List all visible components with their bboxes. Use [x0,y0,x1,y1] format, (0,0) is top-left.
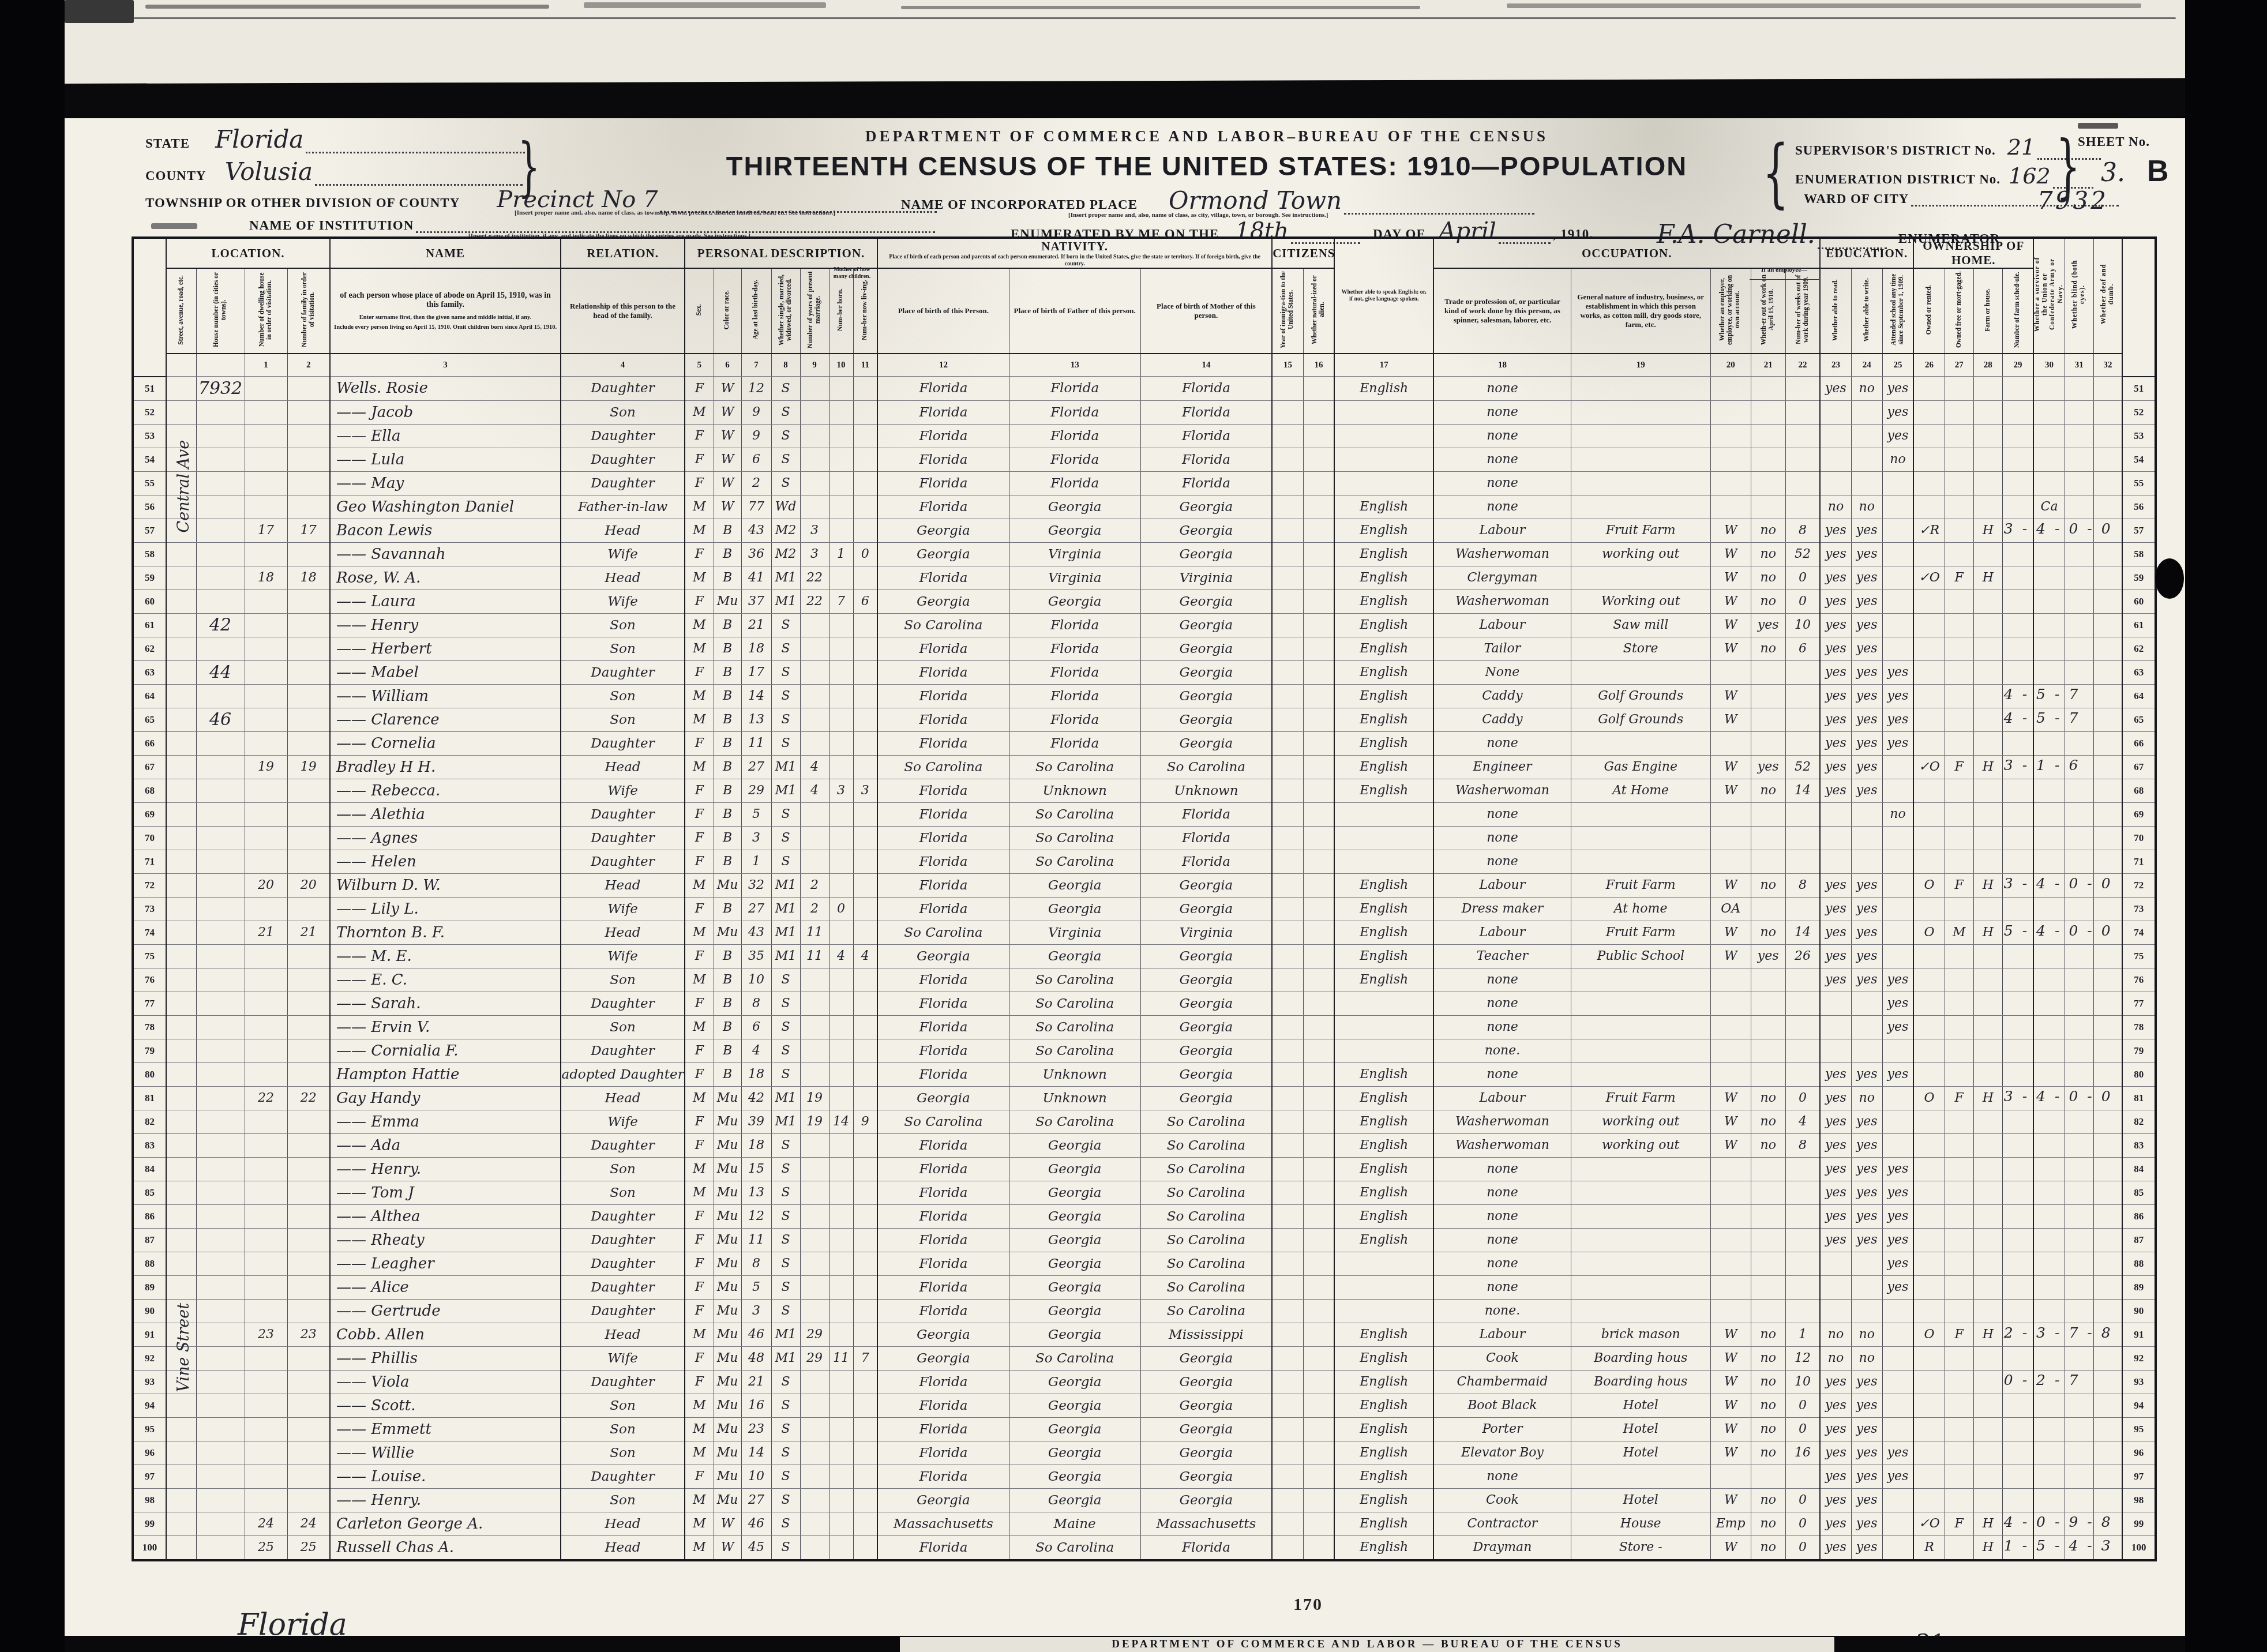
line-number-left: 63 [133,660,166,684]
cell-col: B [714,731,741,755]
cell-scd [2002,1157,2033,1181]
cell-eng: English [1334,684,1433,708]
cell-f [1945,684,1973,708]
cell-col: Mu [714,1086,741,1110]
cell-bl [2065,826,2093,850]
census-row-58: 58—— SavannahWifeFB36M2310GeorgiaVirgini… [133,542,2156,566]
cell-sch: yes [1882,1441,1913,1465]
cell-h: H [1973,1323,2002,1346]
cell-bp: Florida [877,826,1009,850]
cell-wk: 26 [1785,944,1820,968]
cell-house [196,400,245,424]
column-ind-desc: General nature of industry, business, or… [1571,291,1710,331]
cell-name: —— Sarah. [330,992,561,1015]
cell-sch [1882,826,1913,850]
cell-nat [1303,1535,1334,1560]
line-number-right: 58 [2122,542,2156,566]
cell-street [166,1228,196,1252]
column-mbp-desc: Place of birth of Mother of this person. [1141,301,1272,321]
cell-fbp: Florida [1009,708,1140,731]
cell-emp [1710,1275,1751,1299]
cell-df [2093,1299,2122,1323]
cell-col: Mu [714,1394,741,1417]
cell-vet [2033,637,2065,660]
cell-o [1913,1110,1945,1133]
cell-fam: 23 [287,1323,330,1346]
cell-cb [829,1039,853,1062]
cell-name: Rose, W. A. [330,566,561,590]
line-number-right: 69 [2122,802,2156,826]
cell-col: Mu [714,1181,741,1204]
cell-street [166,1441,196,1465]
cell-rd: yes [1820,1417,1851,1441]
cell-nat [1303,968,1334,992]
cell-dw [245,424,287,448]
line-number-left: 61 [133,613,166,637]
cell-mbp: Georgia [1140,708,1272,731]
cell-f [1945,708,1973,731]
cell-h [1973,1228,2002,1252]
cell-df [2093,755,2122,779]
column-ow-header: Wheth-er out of work on April 15, 1910. [1751,268,1785,354]
cell-imm [1272,1039,1303,1062]
cell-ow [1751,992,1785,1015]
township-label: TOWNSHIP OR OTHER DIVISION OF COUNTY [145,196,460,210]
cell-nat [1303,992,1334,1015]
cell-eng: English [1334,1417,1433,1441]
cell-sex: M [685,566,714,590]
cell-bl [2065,400,2093,424]
cell-f [1945,1275,1973,1299]
column-fam-text: Number of family in order of visitation. [301,269,316,350]
cell-age: 18 [741,1062,771,1086]
line-number-left: 69 [133,802,166,826]
cell-wk [1785,1015,1820,1039]
cell-age: 43 [741,519,771,542]
cell-name: Bradley H H. [330,755,561,779]
cell-fam [287,448,330,471]
name-desc-note2: Include every person living on April 15,… [334,324,557,331]
cell-emp: W [1710,944,1751,968]
cell-ow: no [1751,590,1785,613]
cell-cb [829,1015,853,1039]
cell-rel: Head [561,1323,685,1346]
cell-ow: yes [1751,944,1785,968]
cell-rel: Daughter [561,660,685,684]
cell-mar: M1 [771,1110,800,1133]
cell-h [1973,944,2002,968]
cell-o: ✓R [1913,519,1945,542]
cell-dw [245,1252,287,1275]
cell-age: 8 [741,992,771,1015]
column-bl-text: Whether blind (both eyes). [2071,254,2086,335]
cell-vet [2033,1062,2065,1086]
cell-mbp: So Carolina [1140,1157,1272,1181]
cell-mbp: So Carolina [1140,1181,1272,1204]
cell-trade: Labour [1433,613,1571,637]
cell-mar: S [771,1488,800,1512]
group-location: LOCATION. [166,238,330,268]
cell-nat [1303,1204,1334,1228]
cell-yrs: 19 [800,1110,829,1133]
cell-o [1913,1252,1945,1275]
cell-eng: English [1334,519,1433,542]
column-number-sch: 25 [1882,354,1913,377]
cell-vet [2033,992,2065,1015]
county-label: COUNTY [145,168,207,183]
cell-o: O [1913,873,1945,897]
cell-h [1973,1133,2002,1157]
census-row-57: 571717Bacon LewisHeadMB43M23GeorgiaGeorg… [133,519,2156,542]
line-number-left: 94 [133,1394,166,1417]
cell-name: —— Willie [330,1441,561,1465]
cell-mbp: Florida [1140,400,1272,424]
cell-age: 9 [741,424,771,448]
cell-wr: yes [1851,1417,1882,1441]
cell-name: —— Jacob [330,400,561,424]
cell-cl [853,660,877,684]
cell-rel: Daughter [561,850,685,873]
cell-eng [1334,424,1433,448]
cell-bp: Florida [877,424,1009,448]
cell-vet: Ca [2033,495,2065,519]
cell-f [1945,1228,1973,1252]
cell-bl [2065,1133,2093,1157]
cell-wk [1785,1252,1820,1275]
column-number-age: 7 [741,354,771,377]
census-row-51: 517932Wells. RosieDaughterFW12SFloridaFl… [133,377,2156,401]
cell-wr: yes [1851,755,1882,779]
cell-h [1973,779,2002,802]
cell-mar: S [771,1133,800,1157]
cell-scd [2002,566,2033,590]
cell-street [166,1488,196,1512]
cell-sex: M [685,1441,714,1465]
cell-cb [829,850,853,873]
cell-fbp: Georgia [1009,1181,1140,1204]
cell-imm [1272,1110,1303,1133]
line-number-right: 92 [2122,1346,2156,1370]
cell-imm [1272,1133,1303,1157]
cell-fbp: So Carolina [1009,1015,1140,1039]
cell-eng [1334,850,1433,873]
cell-bl [2065,944,2093,968]
cell-dw [245,1370,287,1394]
district-brace: { [1752,129,1800,216]
cell-fam [287,708,330,731]
cell-df [2093,1346,2122,1370]
cell-fam [287,660,330,684]
cell-emp: W [1710,1535,1751,1560]
cell-cl [853,424,877,448]
cell-cb [829,377,853,401]
cell-o [1913,1157,1945,1181]
column-number-name: 3 [330,354,561,377]
cell-vet [2033,1181,2065,1204]
cell-df [2093,377,2122,401]
cell-sch [1882,1417,1913,1441]
cell-cb [829,1133,853,1157]
cell-mbp: Georgia [1140,1370,1272,1394]
cell-fam [287,779,330,802]
cell-fbp: Unknown [1009,779,1140,802]
cell-scd [2002,1062,2033,1086]
cell-age: 14 [741,1441,771,1465]
cell-bp: Georgia [877,1488,1009,1512]
cell-cb [829,968,853,992]
cell-name: —— M. E. [330,944,561,968]
line-number-left: 78 [133,1015,166,1039]
cell-trade: none [1433,992,1571,1015]
cell-o [1913,1299,1945,1323]
cell-df [2093,802,2122,826]
cell-h [1973,992,2002,1015]
cell-imm [1272,826,1303,850]
cell-fam [287,1039,330,1062]
cell-emp: W [1710,566,1751,590]
cell-cl [853,448,877,471]
cell-h [1973,802,2002,826]
cell-cl: 0 [853,542,877,566]
cell-wr: yes [1851,613,1882,637]
dotted-line [306,137,525,153]
cell-col: Mu [714,1275,741,1299]
line-number-left: 80 [133,1062,166,1086]
cell-age: 18 [741,637,771,660]
census-row-72: 722020Wilburn D. W.HeadMMu32M12FloridaGe… [133,873,2156,897]
cell-fbp: Georgia [1009,1394,1140,1417]
cell-fbp: Maine [1009,1512,1140,1535]
cell-mbp: Georgia [1140,1417,1272,1441]
cell-name: —— Ada [330,1133,561,1157]
cell-ow: no [1751,1346,1785,1370]
column-imm-text: Year of immigra-tion to the United State… [1280,269,1295,350]
cell-nat [1303,1252,1334,1275]
line-number-left: 55 [133,471,166,495]
cell-age: 5 [741,802,771,826]
cell-vet [2033,1465,2065,1488]
cell-sch [1882,944,1913,968]
cell-fam [287,471,330,495]
line-number-left: 68 [133,779,166,802]
census-row-79: 79—— Cornialia F.DaughterFB4SFloridaSo C… [133,1039,2156,1062]
cell-ow: no [1751,519,1785,542]
line-number-left: 99 [133,1512,166,1535]
cell-sch [1882,613,1913,637]
cell-rel: Father-in-law [561,495,685,519]
cell-bp: So Carolina [877,1110,1009,1133]
cell-imm [1272,708,1303,731]
cell-house [196,1252,245,1275]
cell-f [1945,448,1973,471]
column-trade-header: Trade or profession of, or particular ki… [1433,268,1571,354]
cell-trade: Washerwoman [1433,1110,1571,1133]
cell-rd: yes [1820,1228,1851,1252]
cell-mbp: Georgia [1140,1346,1272,1370]
census-row-56: 56Geo Washington DanielFather-in-lawMW77… [133,495,2156,519]
cell-wk: 16 [1785,1441,1820,1465]
cell-sch: yes [1882,1062,1913,1086]
cell-house [196,968,245,992]
cell-scd [2002,637,2033,660]
cell-bp: Florida [877,897,1009,921]
cell-sch: no [1882,448,1913,471]
cell-rd [1820,1015,1851,1039]
cell-col: Mu [714,873,741,897]
cell-dw [245,1299,287,1323]
cell-vet [2033,897,2065,921]
cell-cb [829,637,853,660]
cell-house [196,684,245,708]
cell-mbp: Georgia [1140,992,1272,1015]
cell-ind [1571,1039,1710,1062]
cell-ind: Saw mill [1571,613,1710,637]
census-row-86: 86—— AltheaDaughterFMu12SFloridaGeorgiaS… [133,1204,2156,1228]
census-row-96: 96—— WillieSonMMu14SFloridaGeorgiaGeorgi… [133,1441,2156,1465]
cell-nat [1303,826,1334,850]
cell-mbp: Virginia [1140,566,1272,590]
cell-imm [1272,1512,1303,1535]
cell-sex: M [685,1181,714,1204]
cell-scd: 4-0-9-8 [2002,1512,2033,1535]
cell-f [1945,400,1973,424]
cell-mbp: So Carolina [1140,1275,1272,1299]
cell-col: B [714,542,741,566]
cell-o: ✓O [1913,1512,1945,1535]
cell-dw [245,660,287,684]
cell-cb: 0 [829,897,853,921]
cell-bl [2065,1157,2093,1181]
cell-eng: English [1334,708,1433,731]
cell-cl [853,921,877,944]
cell-eng [1334,448,1433,471]
cell-imm [1272,495,1303,519]
cell-name: —— Alice [330,1275,561,1299]
line-number-right: 94 [2122,1394,2156,1417]
cell-vet [2033,1039,2065,1062]
cell-o [1913,1346,1945,1370]
cell-o [1913,802,1945,826]
township-note: [Insert proper name and, also, name of c… [515,209,835,216]
cell-mar: S [771,968,800,992]
cell-col: Mu [714,1465,741,1488]
cell-mbp: Georgia [1140,1394,1272,1417]
census-row-84: 84—— Henry.SonMMu15SFloridaGeorgiaSo Car… [133,1157,2156,1181]
column-number-wr: 24 [1851,354,1882,377]
scan-edge-right [2185,0,2267,1652]
group-personal: PERSONAL DESCRIPTION. [685,238,877,268]
column-nat-text: Whether natural-ized or alien. [1311,269,1326,350]
column-o-text: Owned or rented. [1926,285,1933,335]
cell-eng: English [1334,660,1433,684]
cell-wk [1785,1039,1820,1062]
cell-fam [287,495,330,519]
cell-scd [2002,542,2033,566]
cell-emp [1710,850,1751,873]
cell-vet [2033,944,2065,968]
margin-code: 4-5-7 [2004,686,2088,703]
line-number-right: 100 [2122,1535,2156,1560]
cell-rd [1820,802,1851,826]
cell-wr [1851,826,1882,850]
cell-wr: yes [1851,921,1882,944]
cell-rd: yes [1820,1488,1851,1512]
cell-sch [1882,495,1913,519]
cell-fbp: So Carolina [1009,1110,1140,1133]
cell-eng [1334,802,1433,826]
column-street-text: Street, avenue, road, etc. [178,275,185,345]
cell-house [196,779,245,802]
line-number-right: 60 [2122,590,2156,613]
cell-eng: English [1334,1181,1433,1204]
cell-cb [829,1512,853,1535]
cell-df [2093,471,2122,495]
cell-emp [1710,1015,1751,1039]
margin-code: 3-1-6 [2004,757,2088,774]
cell-o [1913,495,1945,519]
cell-ind: Store [1571,637,1710,660]
cell-nat [1303,779,1334,802]
sheet-value: 3. [2101,158,2125,187]
cell-rel: Head [561,755,685,779]
cell-yrs: 29 [800,1346,829,1370]
cell-name: —— Henry [330,613,561,637]
cell-name: —— Lula [330,448,561,471]
cell-h [1973,424,2002,448]
cell-emp [1710,400,1751,424]
cell-wr [1851,1275,1882,1299]
cell-yrs: 29 [800,1323,829,1346]
line-number-left: 85 [133,1181,166,1204]
cell-mar: S [771,637,800,660]
cell-emp: OA [1710,897,1751,921]
column-vet-text: Whether a survivor of the Union or Confe… [2034,254,2065,335]
cell-o [1913,1204,1945,1228]
cell-imm [1272,613,1303,637]
cell-f [1945,1370,1973,1394]
cell-wr [1851,1299,1882,1323]
cell-sch [1882,471,1913,495]
cell-ow [1751,1228,1785,1252]
cell-o [1913,448,1945,471]
cell-sch: yes [1882,1275,1913,1299]
cell-df [2093,992,2122,1015]
cell-ow: no [1751,566,1785,590]
cell-scd [2002,968,2033,992]
column-number-col: 6 [714,354,741,377]
cell-h [1973,1488,2002,1512]
cell-sex: M [685,1417,714,1441]
cell-rel: Wife [561,1346,685,1370]
cell-fam [287,731,330,755]
cell-rd: yes [1820,897,1851,921]
cell-nat [1303,590,1334,613]
cell-f [1945,897,1973,921]
cell-rd: yes [1820,660,1851,684]
cell-f [1945,471,1973,495]
cell-vet [2033,566,2065,590]
cell-bl [2065,1465,2093,1488]
cell-fbp: Florida [1009,377,1140,401]
cell-vet [2033,1441,2065,1465]
cell-street [166,566,196,590]
cell-emp: W [1710,708,1751,731]
cell-sex: F [685,1465,714,1488]
cell-imm [1272,802,1303,826]
cell-fam [287,542,330,566]
cell-sex: M [685,1512,714,1535]
cell-cb [829,495,853,519]
